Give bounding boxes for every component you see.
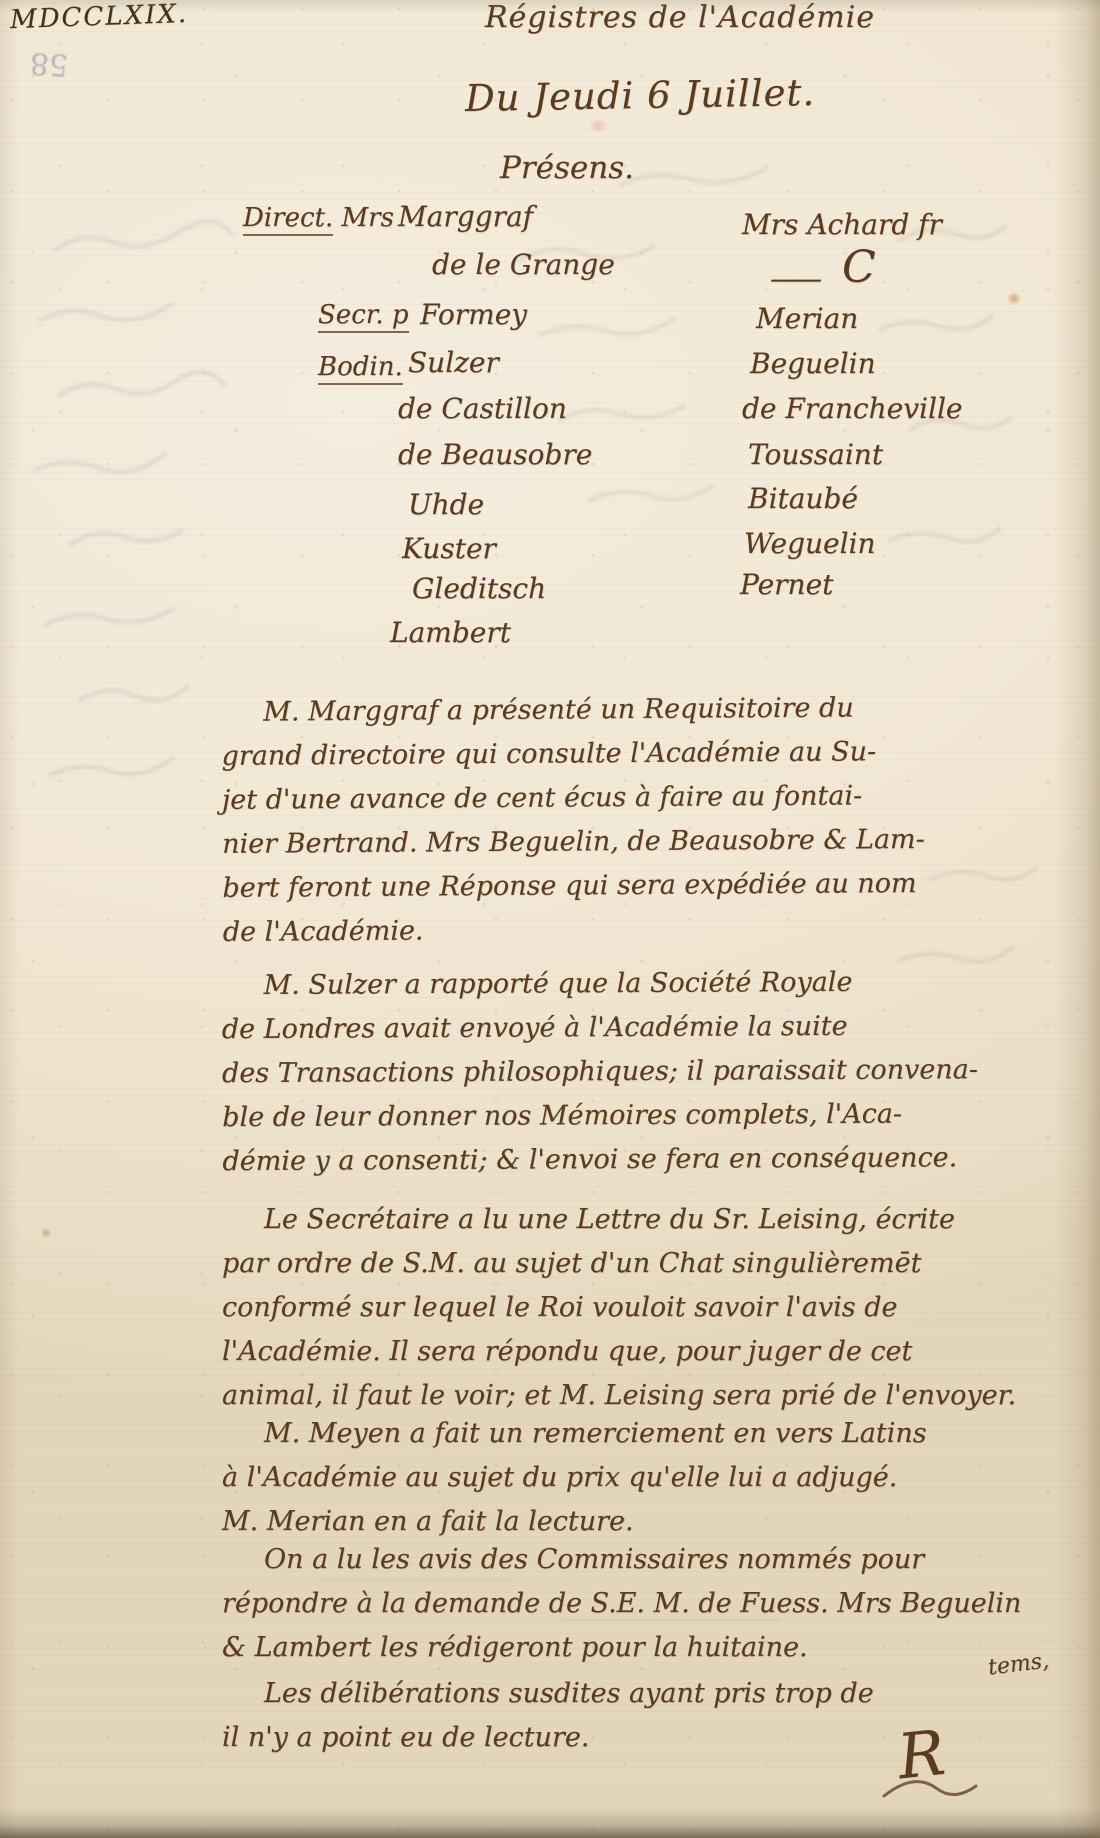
column-separator-dash: —— xyxy=(770,262,818,295)
role-bodin: Bodin. xyxy=(318,352,403,382)
attendee-name: Beguelin xyxy=(750,347,876,380)
role-secretary: Secr. p xyxy=(318,300,409,330)
page-number: 58 xyxy=(29,45,70,83)
paragraph-line: démie y a consenti; & l'envoi se fera en… xyxy=(222,1136,1042,1184)
attendee-name: Formey xyxy=(420,298,527,331)
attendee-name: Merian xyxy=(756,302,858,335)
paraph-swash xyxy=(878,1778,998,1818)
year-marginal: MDCCLXIX. xyxy=(10,0,189,35)
paragraph-line: On a lu les avis des Commissaires nommés… xyxy=(222,1538,1042,1582)
minute-paragraph-4: M. Meyen a fait un remerciement en vers … xyxy=(222,1412,1042,1544)
paragraph-line: de l'Académie. xyxy=(223,905,1043,955)
paragraph-line: Les délibérations susdites ayant pris tr… xyxy=(222,1672,1042,1716)
attendee-name: de Beausobre xyxy=(398,438,592,471)
attendee-name: Pernet xyxy=(740,568,833,601)
presens-heading: Présens. xyxy=(500,150,634,186)
rust-stain xyxy=(1006,292,1022,305)
attendee-name: Lambert xyxy=(390,616,511,649)
role-director-label: Direct. xyxy=(243,203,333,236)
attendee-name: Weguelin xyxy=(744,527,876,560)
attendee-name: Kuster xyxy=(402,532,496,565)
pink-smudge xyxy=(585,120,611,132)
minute-paragraph-2: M. Sulzer a rapporté que la Société Roya… xyxy=(221,960,1042,1184)
paragraph-line: des Transactions philosophiques; il para… xyxy=(222,1048,1042,1096)
paragraph-line: M. Sulzer a rapporté que la Société Roya… xyxy=(221,960,1041,1008)
role-bodin-label: Bodin. xyxy=(318,352,403,385)
minute-paragraph-3: Le Secrétaire a lu une Lettre du Sr. Lei… xyxy=(222,1198,1042,1418)
fox-spot xyxy=(40,1228,52,1238)
attendee-name: Uhde xyxy=(408,488,484,521)
paragraph-line: grand directoire qui consulte l'Académie… xyxy=(221,729,1041,779)
attendee-right-header: Mrs Achard fr xyxy=(742,208,942,241)
session-date: Du Jeudi 6 Juillet. xyxy=(400,70,881,121)
attendee-name: Gleditsch xyxy=(412,572,546,605)
role-secretary-label: Secr. p xyxy=(318,300,409,333)
paragraph-line: par ordre de S.M. au sujet d'un Chat sin… xyxy=(222,1242,1042,1286)
paragraph-line: de Londres avait envoyé à l'Académie la … xyxy=(222,1004,1042,1052)
attendee-name: Sulzer xyxy=(408,346,499,379)
paragraph-line: Le Secrétaire a lu une Lettre du Sr. Lei… xyxy=(222,1198,1042,1242)
flourish-glyph: C xyxy=(842,242,876,293)
paragraph-line: répondre à la demande de S.E. M. de Fues… xyxy=(222,1582,1042,1626)
attendee-name: Bitaubé xyxy=(748,482,858,515)
role-director: Direct. Mrs xyxy=(243,203,394,233)
attendee-name: de Castillon xyxy=(398,392,567,425)
paragraph-line: à l'Académie au sujet du prix qu'elle lu… xyxy=(222,1456,1042,1500)
paragraph-line: & Lambert les rédigeront pour la huitain… xyxy=(222,1626,1042,1670)
paragraph-line: bert feront une Réponse qui sera expédié… xyxy=(222,861,1042,911)
paragraph-line: ble de leur donner nos Mémoires complets… xyxy=(222,1092,1042,1140)
role-director-suffix: Mrs xyxy=(342,203,394,233)
attendee-name: Marggraf xyxy=(398,200,533,233)
attendee-name: de Francheville xyxy=(742,392,962,425)
paragraph-line: conformé sur lequel le Roi vouloit savoi… xyxy=(222,1286,1042,1330)
manuscript-page: MDCCLXIX. 58 Régistres de l'Académie Du … xyxy=(0,0,1100,1838)
minute-paragraph-5: On a lu les avis des Commissaires nommés… xyxy=(222,1538,1042,1670)
paragraph-line: l'Académie. Il sera répondu que, pour ju… xyxy=(222,1330,1042,1374)
attendee-name: de le Grange xyxy=(432,248,615,281)
paragraph-line: jet d'une avance de cent écus à faire au… xyxy=(222,773,1042,823)
paragraph-line: M. Marggraf a présenté un Requisitoire d… xyxy=(221,685,1041,735)
paragraph-line: M. Meyen a fait un remerciement en vers … xyxy=(222,1412,1042,1456)
paragraph-line: nier Bertrand. Mrs Beguelin, de Beausobr… xyxy=(222,817,1042,867)
register-title: Régistres de l'Académie xyxy=(440,0,920,35)
attendee-name: Toussaint xyxy=(748,438,883,471)
minute-paragraph-1: M. Marggraf a présenté un Requisitoire d… xyxy=(221,685,1043,955)
